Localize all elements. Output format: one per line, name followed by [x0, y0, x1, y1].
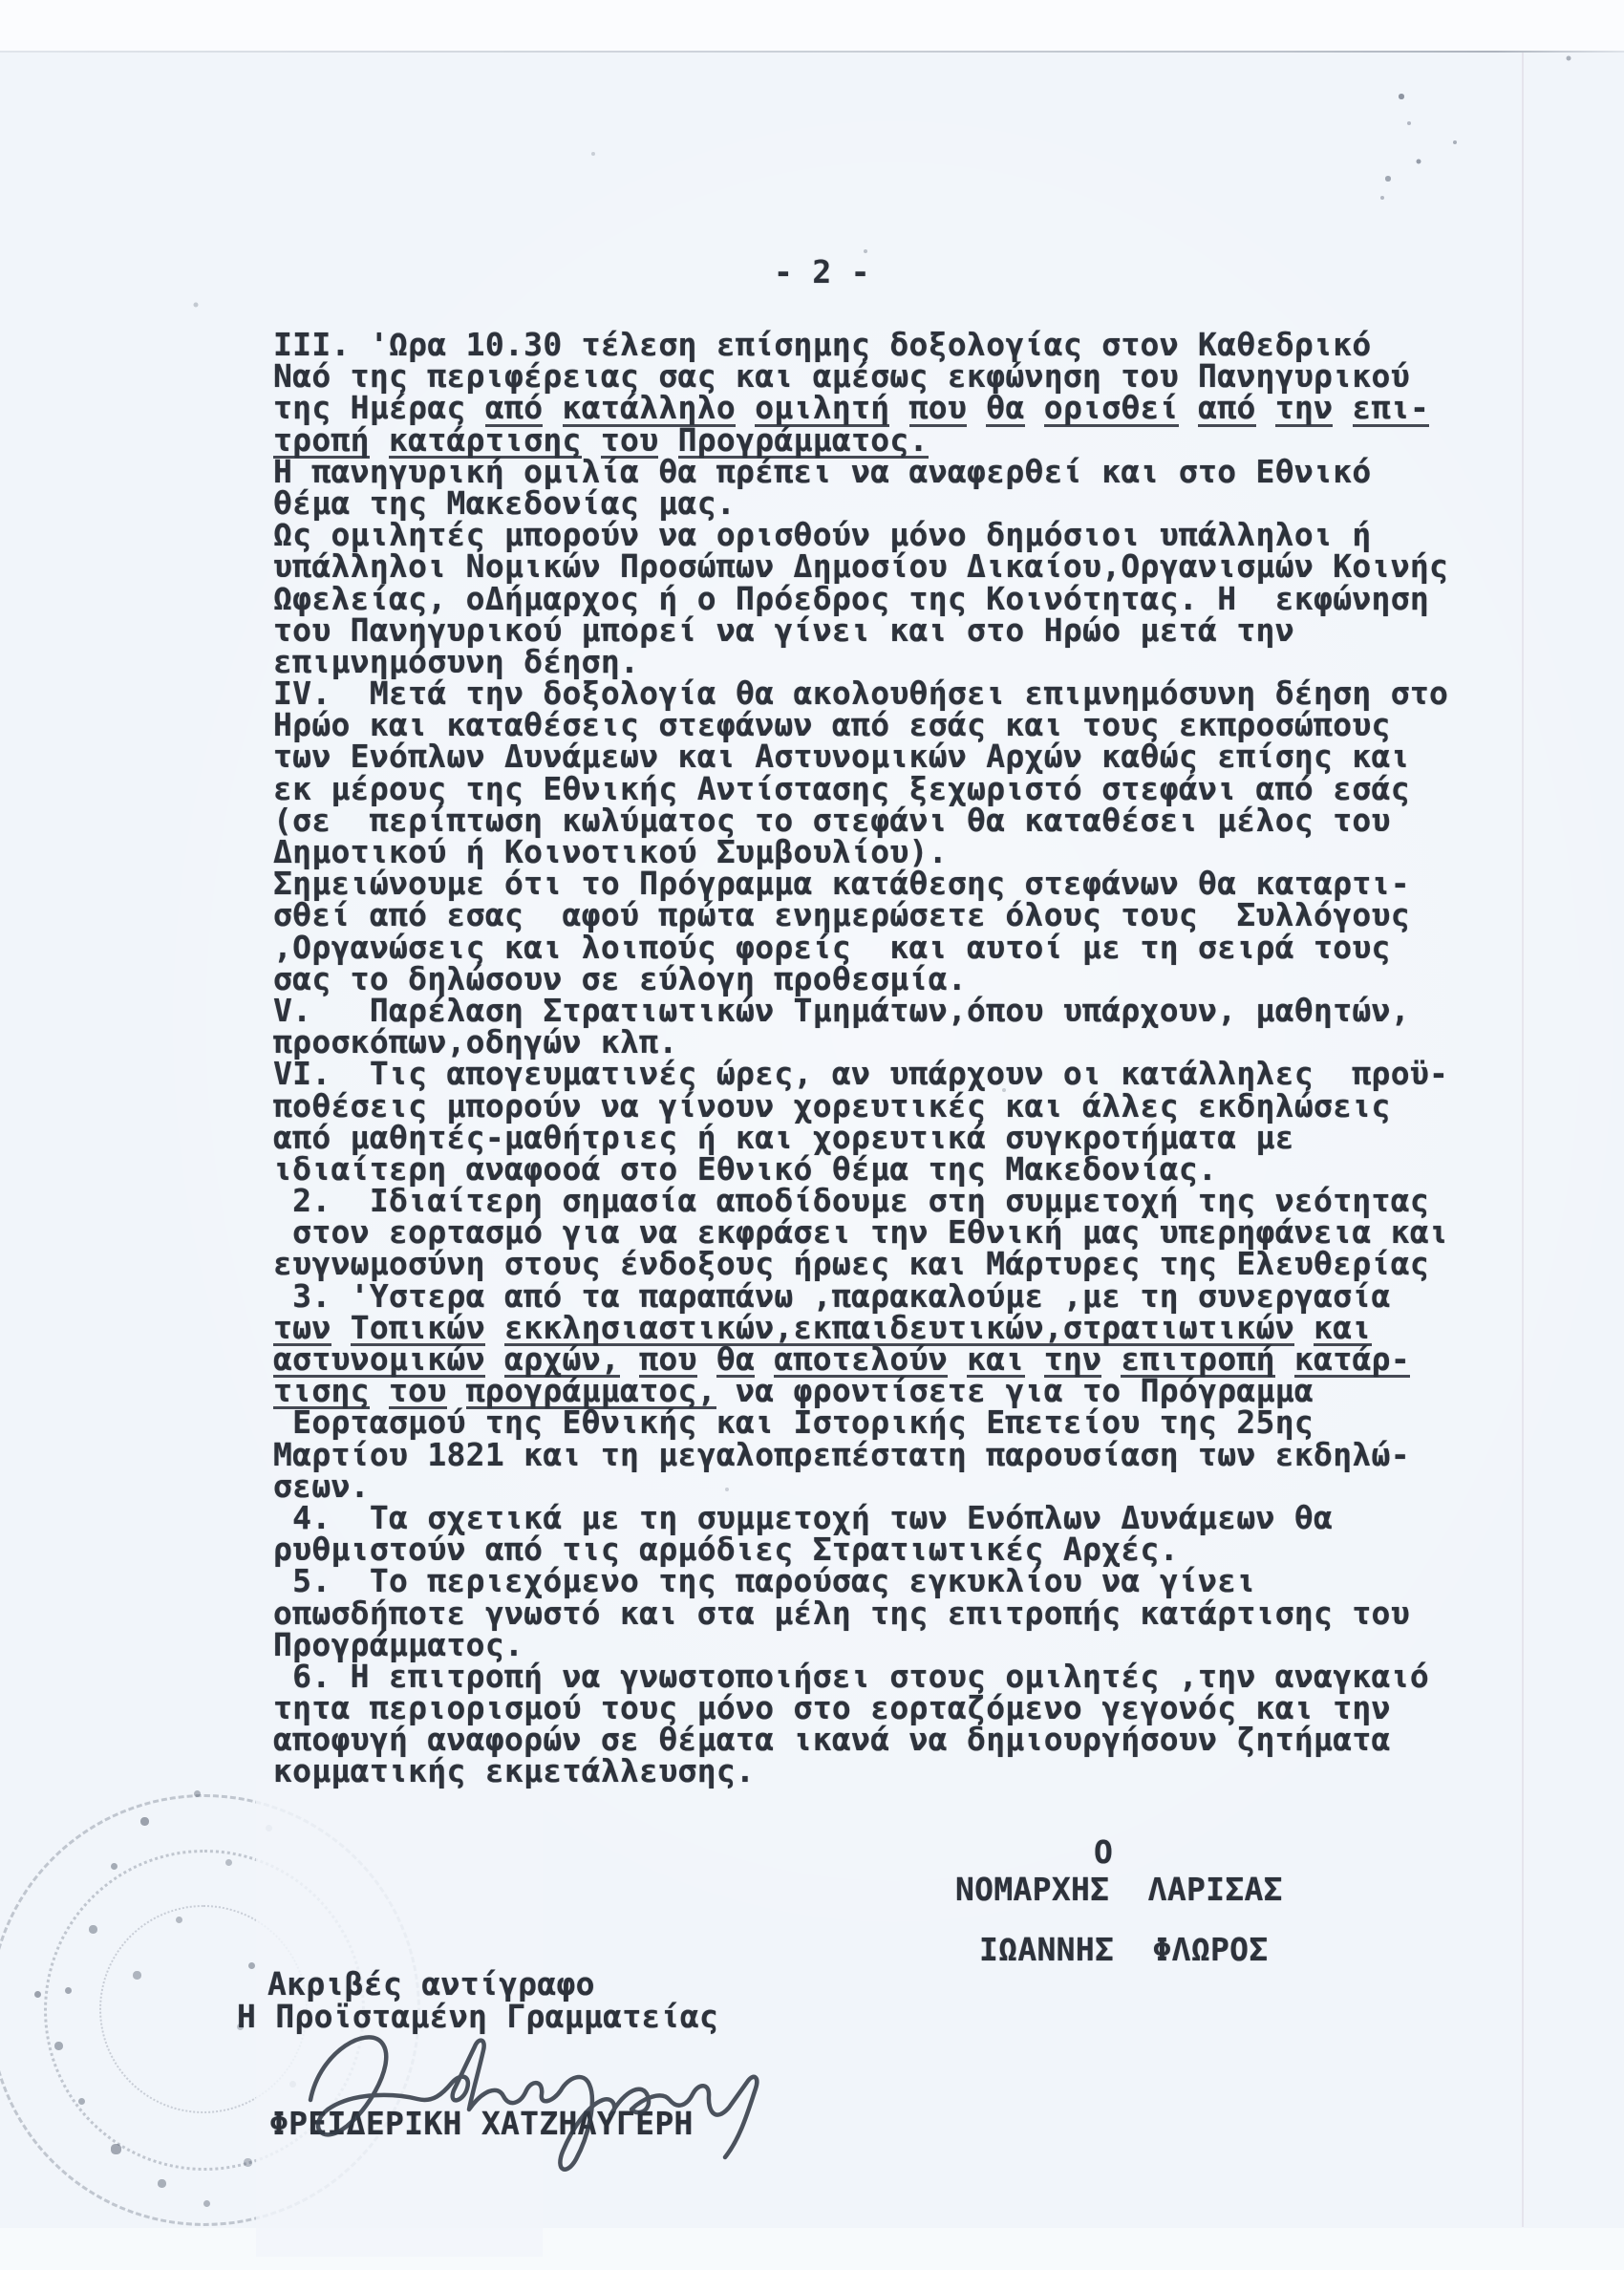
text-line: ιδιαίτερη αναφοοά στο Εθνικό θέμα της Μα… [273, 1153, 1448, 1185]
text-line: Εορτασμού της Εθνικής και Ιστορικής Επετ… [273, 1406, 1448, 1438]
text-line: Προγράμματος. [273, 1629, 1448, 1660]
text-line: 3. 'Υστερα από τα παραπάνω ,παρακαλούμε … [273, 1280, 1448, 1312]
text-line: τροπή κατάρτισης του Προγράμματος. [273, 424, 1448, 456]
text-line: αποφυγή αναφορών σε θέματα ικανά να δημι… [273, 1724, 1448, 1755]
text-line: Ναό της περιφέρειας σας και αμέσως εκφών… [273, 360, 1448, 392]
text-line: 5. Το περιεχόμενο της παρούσας εγκυκλίου… [273, 1565, 1448, 1596]
text-line: IV. Μετά την δοξολογία θα ακολουθήσει επ… [273, 677, 1448, 709]
text-line: τητα περιορισμού τους μόνο στο εορταζόμε… [273, 1692, 1448, 1724]
official-name: ΙΩΑΝΝΗΣ ΦΛΩΡΟΣ [979, 1934, 1269, 1965]
text-line: οπωσδήποτε γνωστό και στα μέλη της επιτρ… [273, 1597, 1448, 1629]
text-line: θέμα της Μακεδονίας μας. [273, 487, 1448, 519]
text-line: τισης του προγράμματος, να φροντίσετε γι… [273, 1375, 1448, 1406]
text-line: 2. Ιδιαίτερη σημασία αποδίδουμε στη συμμ… [273, 1185, 1448, 1216]
text-line: εκ μέρους της Εθνικής Αντίστασης ξεχωρισ… [273, 773, 1448, 804]
text-line: σθεί από εσας αφού πρώτα ενημερώσετε όλο… [273, 899, 1448, 931]
text-line: από μαθητές-μαθήτριες ή και χορευτικά συ… [273, 1122, 1448, 1153]
document-body: III. 'Ωρα 10.30 τέλεση επίσημης δοξολογί… [273, 329, 1448, 1788]
text-line: Ωφελείας, οΔήμαρχος ή ο Πρόεδρος της Κοι… [273, 583, 1448, 614]
text-line: ποθέσεις μπορούν να γίνουν χορευτικές κα… [273, 1090, 1448, 1122]
text-line: (σε περίπτωση κωλύματος το στεφάνι θα κα… [273, 804, 1448, 836]
handwritten-signature [282, 2004, 788, 2186]
text-line: ,Οργανώσεις και λοιπούς φορείς και αυτοί… [273, 932, 1448, 963]
text-line: προσκόπων,οδηγών κλπ. [273, 1026, 1448, 1058]
official-title: ΝΟΜΑΡΧΗΣ ΛΑΡΙΣΑΣ [955, 1874, 1283, 1905]
text-line: ρυθμιστούν από τις αρμόδιες Στρατιωτικές… [273, 1533, 1448, 1565]
text-line: σας το δηλώσουν σε εύλογη προθεσμία. [273, 963, 1448, 995]
text-line: της Ημέρας από κατάλληλο ομιλητή που θα … [273, 392, 1448, 423]
text-line: III. 'Ωρα 10.30 τέλεση επίσημης δοξολογί… [273, 329, 1448, 360]
text-line: Μαρτίου 1821 και τη μεγαλοπρεπέστατη παρ… [273, 1439, 1448, 1470]
text-line: V. Παρέλαση Στρατιωτικών Τμημάτων,όπου υ… [273, 995, 1448, 1026]
underlined-word: ορισθεί [1044, 392, 1179, 426]
text-line: επιμνημόσυνη δέηση. [273, 646, 1448, 677]
text-line: ευγνωμοσύνη στους ένδοξους ήρωες και Μάρ… [273, 1248, 1448, 1279]
stamp-ink-specks [0, 0, 3, 3]
certified-copy-note: Ακριβές αντίγραφο [267, 1968, 595, 2000]
text-line: Η πανηγυρική ομιλία θα πρέπει να αναφερθ… [273, 456, 1448, 487]
underlined-word: επι- [1353, 392, 1430, 426]
underlined-word: από [1198, 392, 1256, 426]
text-line: κομματικής εκμετάλλευσης. [273, 1755, 1448, 1787]
text-line: Ηρώο και καταθέσεις στεφάνων από εσάς κα… [273, 709, 1448, 740]
text-line: στον εορτασμό για να εκφράσει την Εθνική… [273, 1216, 1448, 1248]
text-line: αστυνομικών αρχών, που θα αποτελούν και … [273, 1343, 1448, 1375]
underlined-word: την [1275, 392, 1334, 426]
text-line: υπάλληλοι Νομικών Προσώπων Δημοσίου Δικα… [273, 550, 1448, 582]
official-article: Ο [1094, 1836, 1113, 1868]
text-line: VI. Τις απογευματινές ώρες, αν υπάρχουν … [273, 1058, 1448, 1089]
scanned-document-page: - 2 - III. 'Ωρα 10.30 τέλεση επίσημης δο… [0, 0, 1624, 2270]
text-line: 6. Η επιτροπή να γνωστοποιήσει στους ομι… [273, 1660, 1448, 1692]
text-line: σεων. [273, 1470, 1448, 1502]
text-line: των Ενόπλων Δυνάμεων και Αστυνομικών Αρχ… [273, 740, 1448, 772]
underlined-word: θα [986, 392, 1024, 426]
text-line: Σημειώνουμε ότι το Πρόγραμμα κατάθεσης σ… [273, 867, 1448, 899]
text-line: Δημοτικού ή Κοινοτικού Συμβουλίου). [273, 836, 1448, 867]
page-number: - 2 - [774, 256, 870, 288]
text-line: του Πανηγυρικού μπορεί να γίνει και στο … [273, 614, 1448, 646]
text-line: 4. Τα σχετικά με τη συμμετοχή των Ενόπλω… [273, 1502, 1448, 1533]
text-line: Ως ομιλητές μπορούν να ορισθούν μόνο δημ… [273, 519, 1448, 550]
text-line: των Τοπικών εκκλησιαστικών,εκπαιδευτικών… [273, 1312, 1448, 1343]
